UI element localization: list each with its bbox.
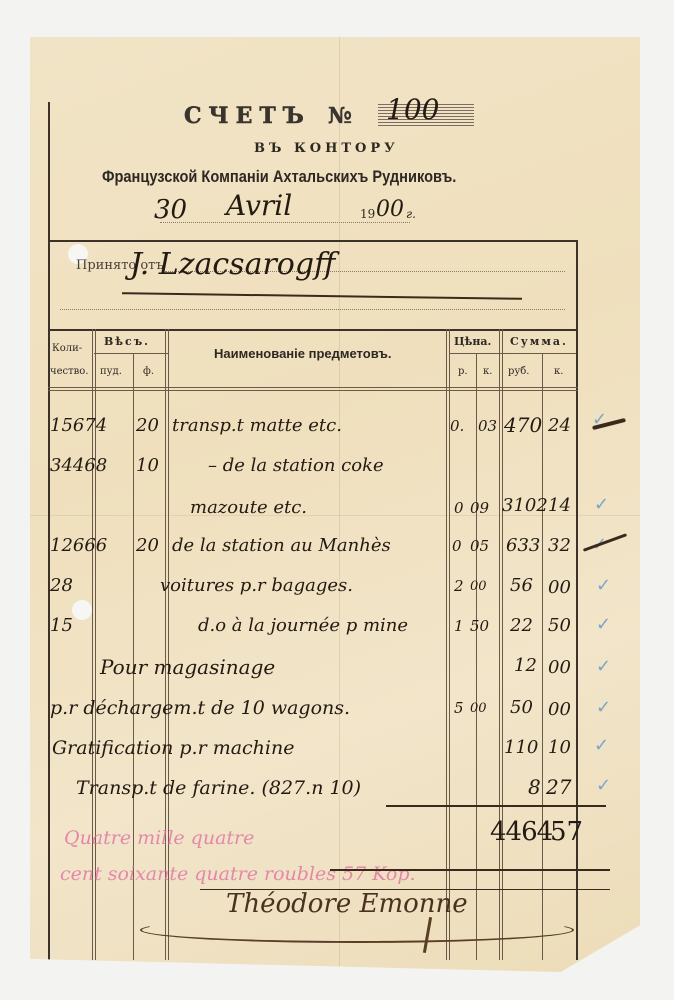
row-sum-k: 24 (548, 415, 571, 436)
row-description: Transp.t de farine. (827.n 10) (76, 777, 361, 799)
signature-flourish (140, 917, 574, 943)
row-description: transp.t matte etc. (172, 415, 342, 436)
row-sum-k: 00 (548, 577, 571, 598)
header-price-r: р. (458, 366, 468, 377)
check-mark: ✓ (596, 575, 611, 596)
row-description: voitures p.r bagages. (160, 575, 353, 596)
check-mark: ✓ (596, 697, 611, 718)
row-description: p.r déchargem.t de 10 wagons. (50, 697, 350, 719)
row-pud: 20 (136, 535, 159, 556)
header-description: Наименованіе предметовъ. (214, 346, 391, 361)
row-sum-rub: 50 (510, 697, 533, 718)
row-sum-rub: 22 (510, 615, 533, 636)
received-dotted-line-2 (60, 309, 565, 310)
total-kop: 57 (550, 817, 583, 847)
header-price-k: к. (483, 366, 492, 377)
row-price-k: 00 (470, 579, 487, 594)
row-description: – de la station coke (208, 455, 384, 476)
row-price-r: 5 (454, 699, 464, 717)
row-qty: 34468 (50, 455, 107, 476)
row-price-k: 00 (470, 701, 487, 716)
row-sum-rub: 110 (504, 737, 538, 758)
row-sum-rub: 3102 (502, 495, 548, 516)
row-sum-rub: 12 (514, 655, 537, 676)
weight-sub-line (94, 353, 168, 354)
invoice-title: СЧЕТЪ (184, 103, 311, 129)
row-pud: 10 (136, 455, 159, 476)
row-pud: 20 (136, 415, 159, 436)
row-sum-k: 50 (548, 615, 571, 636)
date-month: Avril (226, 189, 292, 222)
header-weight: Вѣсъ. (104, 335, 150, 348)
words-rule (330, 869, 610, 871)
date-year-prefix: 19 (360, 207, 375, 221)
number-symbol: № (328, 103, 352, 129)
row-price-r: 0. (450, 417, 464, 435)
row-qty: 12666 (50, 535, 107, 556)
addressed-to: ВЪ КОНТОРУ (254, 141, 399, 156)
col-price-right-2 (502, 329, 503, 960)
amount-in-words-2: cent soixante quatre roubles 57 Kop. (60, 863, 416, 885)
row-qty: 15674 (50, 415, 107, 436)
check-mark: ✓ (594, 735, 609, 756)
header-weight-f: ф. (143, 366, 154, 377)
box-top-line (48, 240, 578, 242)
row-sum-k: 32 (548, 535, 571, 556)
header-sum: Сумма. (510, 335, 568, 348)
check-mark: ✓ (594, 494, 609, 515)
row-description: Gratification p.r machine (52, 737, 294, 759)
row-sum-k: 14 (548, 495, 571, 516)
row-price-r: 1 (454, 617, 464, 635)
row-price-r: 0 (454, 499, 464, 517)
row-description: Pour magasinage (100, 655, 275, 679)
check-mark: ✓ (596, 614, 611, 635)
header-weight-pud: пуд. (100, 366, 122, 377)
header-quantity-2: чество. (50, 366, 89, 377)
row-price-r: 0 (452, 537, 462, 555)
check-mark: ✓ (596, 775, 611, 796)
row-price-r: 2 (454, 577, 464, 595)
row-qty: 15 (50, 615, 73, 636)
header-price: Цѣна. (454, 335, 491, 348)
received-from-name: J. Lzacsarogff (130, 247, 335, 282)
company-name: Французской Компаніи Ахтальскихъ Руднико… (102, 167, 456, 187)
row-sum-rub: 470 (504, 413, 542, 437)
row-sum-rub: 633 (506, 535, 540, 556)
date-day: 30 (154, 195, 187, 225)
signature: Théodore Emonne (226, 889, 468, 919)
row-sum-k: 00 (548, 699, 571, 720)
row-sum-k: 00 (548, 657, 571, 678)
left-margin-line (48, 102, 50, 960)
signature-underline (122, 292, 522, 300)
total-rub: 4464 (490, 817, 552, 847)
price-sum-sub-line (450, 353, 576, 354)
row-sum-rub: 8 (528, 775, 541, 799)
row-sum-rub: 56 (510, 575, 533, 596)
header-quantity-1: Коли- (52, 343, 82, 354)
amount-in-words-1: Quatre mille quatre (64, 827, 254, 849)
row-description: d.o à la journée p mine (198, 615, 408, 636)
punch-hole (72, 600, 92, 620)
date-dotted-line (160, 222, 410, 223)
col-price-right (499, 329, 500, 960)
row-price-k: 05 (470, 537, 489, 555)
row-qty: 28 (50, 575, 73, 596)
header-sum-rub: руб. (508, 366, 529, 377)
check-mark: ✓ (596, 656, 611, 677)
row-price-k: 09 (470, 499, 489, 517)
row-description: mazoute etc. (190, 497, 307, 518)
right-margin-line (576, 240, 578, 960)
row-sum-k: 27 (546, 775, 571, 799)
row-price-k: 03 (478, 417, 497, 435)
col-desc-right (446, 329, 447, 960)
row-sum-k: 10 (548, 737, 571, 758)
date-year-suffix: г. (406, 207, 416, 221)
row-description: de la station au Manhès (172, 535, 391, 556)
row-price-k: 50 (470, 617, 489, 635)
header-sum-k: к. (554, 366, 563, 377)
invoice-number: 100 (386, 93, 439, 126)
date-year: 00 (376, 197, 404, 222)
total-rule (386, 805, 606, 807)
invoice-paper: СЧЕТЪ № 100 ВЪ КОНТОРУ Французской Компа… (30, 37, 640, 972)
